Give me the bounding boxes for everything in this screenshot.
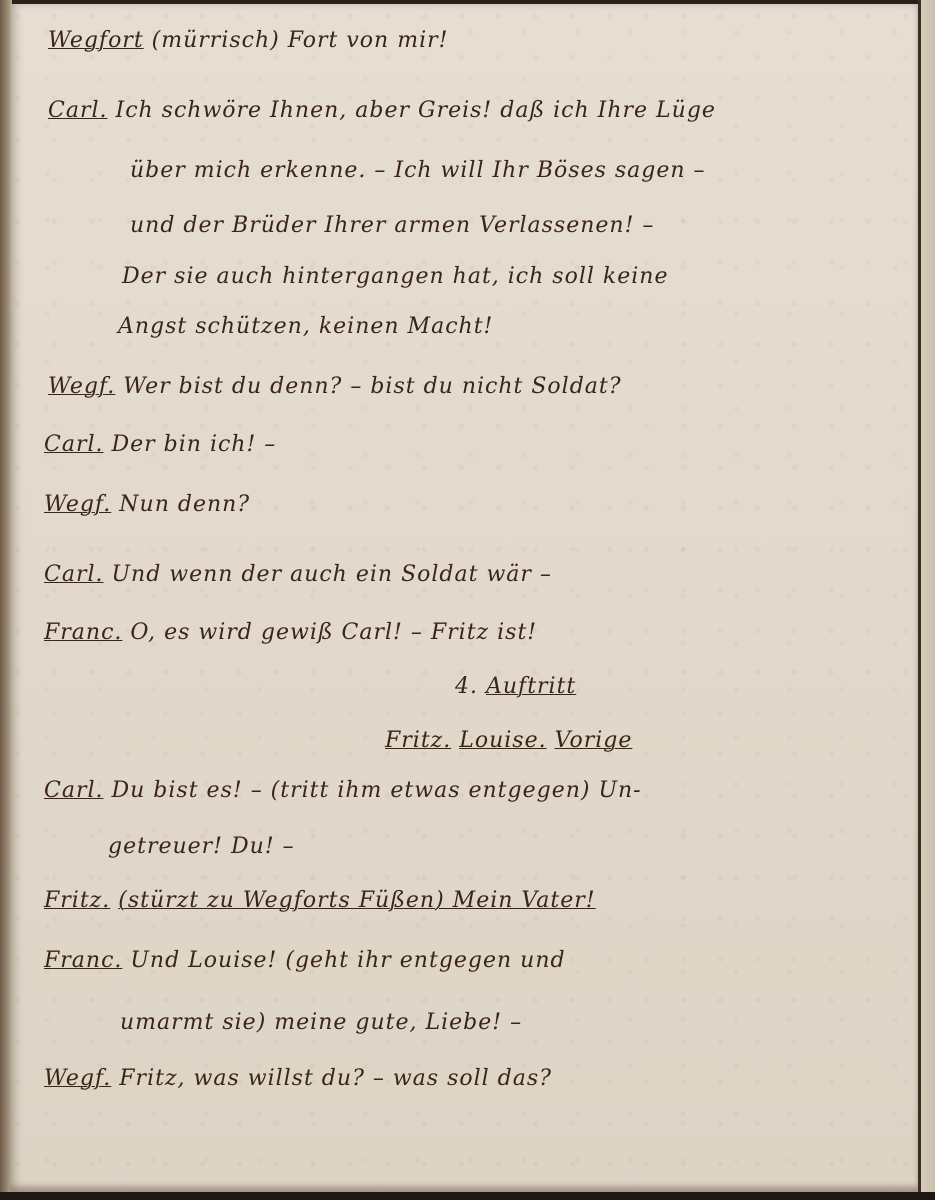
dialogue-text: (stürzt zu Wegforts Füßen) Mein Vater! <box>118 888 595 913</box>
dialogue-text: Angst schützen, keinen Macht! <box>118 314 493 339</box>
speaker-name: Wegf. <box>44 492 111 517</box>
character-name: Vorige <box>555 728 633 753</box>
scene-number: 4. <box>455 674 478 699</box>
dialogue-line: Carl. Und wenn der auch ein Soldat wär – <box>44 562 552 587</box>
speaker-name: Carl. <box>48 98 108 123</box>
speaker-name: Carl. <box>44 778 104 803</box>
dialogue-line: Angst schützen, keinen Macht! <box>118 314 493 339</box>
dialogue-text: Ich schwöre Ihnen, aber Greis! daß ich I… <box>116 98 716 123</box>
dialogue-text: über mich erkenne. – Ich will Ihr Böses … <box>130 158 706 183</box>
speaker-name: Carl. <box>44 562 104 587</box>
speaker-name: Franc. <box>44 620 122 645</box>
dialogue-text: Wer bist du denn? – bist du nicht Soldat… <box>123 374 621 399</box>
book-edge-right <box>918 0 935 1200</box>
dialogue-line: und der Brüder Ihrer armen Verlassenen! … <box>130 213 654 238</box>
dialogue-text: Und wenn der auch ein Soldat wär – <box>112 562 552 587</box>
speaker-name: Wegfort <box>48 28 144 53</box>
dialogue-line: umarmt sie) meine gute, Liebe! – <box>120 1010 522 1035</box>
scene-heading: 4. Auftritt <box>455 674 576 699</box>
dialogue-line: Carl. Der bin ich! – <box>44 432 276 457</box>
dialogue-text: Nun denn? <box>119 492 250 517</box>
dialogue-line: Franc. Und Louise! (geht ihr entgegen un… <box>44 948 566 973</box>
dialogue-text: und der Brüder Ihrer armen Verlassenen! … <box>130 213 654 238</box>
dialogue-text: Der bin ich! – <box>112 432 277 457</box>
dialogue-line: Carl. Ich schwöre Ihnen, aber Greis! daß… <box>48 98 716 123</box>
speaker-name: Wegf. <box>44 1066 111 1091</box>
dialogue-line: Franc. O, es wird gewiß Carl! – Fritz is… <box>44 620 537 645</box>
book-edge-bottom <box>0 1192 935 1200</box>
dialogue-line: Wegf. Nun denn? <box>44 492 250 517</box>
character-name: Fritz. <box>385 728 451 753</box>
dialogue-text: Du bist es! – (tritt ihm etwas entgegen)… <box>112 778 642 803</box>
dialogue-line: Fritz. (stürzt zu Wegforts Füßen) Mein V… <box>44 888 596 913</box>
dialogue-line: Wegf. Fritz, was willst du? – was soll d… <box>44 1066 552 1091</box>
dialogue-line: über mich erkenne. – Ich will Ihr Böses … <box>130 158 706 183</box>
speaker-name: Franc. <box>44 948 122 973</box>
dialogue-text: getreuer! Du! – <box>108 834 295 859</box>
scene-title: Auftritt <box>486 674 576 699</box>
dialogue-text: Und Louise! (geht ihr entgegen und <box>130 948 565 973</box>
speaker-name: Carl. <box>44 432 104 457</box>
dialogue-line: Der sie auch hintergangen hat, ich soll … <box>122 264 668 289</box>
speaker-name: Fritz. <box>44 888 110 913</box>
dialogue-line: Wegf. Wer bist du denn? – bist du nicht … <box>48 374 622 399</box>
dialogue-line: getreuer! Du! – <box>108 834 295 859</box>
dialogue-text: umarmt sie) meine gute, Liebe! – <box>120 1010 522 1035</box>
speaker-name: Wegf. <box>48 374 115 399</box>
dialogue-text: Fritz, was willst du? – was soll das? <box>119 1066 552 1091</box>
dialogue-text: Der sie auch hintergangen hat, ich soll … <box>122 264 668 289</box>
dialogue-text: O, es wird gewiß Carl! – Fritz ist! <box>130 620 537 645</box>
dialogue-line: Wegfort (mürrisch) Fort von mir! <box>48 28 448 53</box>
dialogue-text: (mürrisch) Fort von mir! <box>152 28 449 53</box>
scene-characters: Fritz. Louise. Vorige <box>385 728 632 753</box>
character-name: Louise. <box>459 728 546 753</box>
dialogue-line: Carl. Du bist es! – (tritt ihm etwas ent… <box>44 778 642 803</box>
